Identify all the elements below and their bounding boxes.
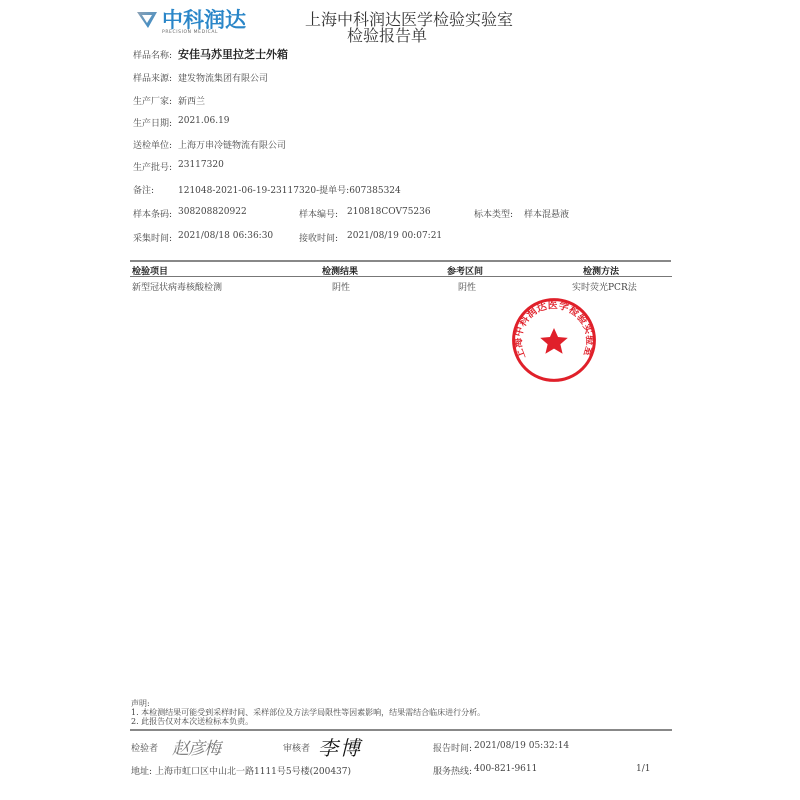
table-top-rule: [130, 260, 671, 262]
page-number: 1/1: [636, 764, 650, 774]
logo-english-text: PRECISION MEDICAL: [162, 30, 218, 35]
manufacturer-label: 生产厂家:: [133, 94, 172, 107]
batch-no-label: 生产批号:: [133, 160, 172, 173]
shield-chevron-icon: [136, 8, 158, 30]
footer-top-rule: [130, 729, 672, 731]
hotline-label: 服务热线:: [433, 764, 472, 777]
manufacturer-value: 新西兰: [178, 94, 205, 107]
company-logo: 中科润达 PRECISION MEDICAL: [136, 6, 256, 40]
report-time-value: 2021/08/19 05:32:14: [474, 741, 569, 751]
collection-time-label: 采集时间:: [133, 231, 172, 244]
reviewer-signature: 李博: [318, 732, 362, 761]
address-value: 上海市虹口区中山北一路1111号5号楼(200437): [155, 764, 351, 777]
barcode-label: 样本条码:: [133, 207, 172, 220]
sample-no-value: 210818COV75236: [347, 207, 431, 217]
receive-time-label: 接收时间:: [299, 231, 338, 244]
report-title: 检验报告单: [347, 23, 427, 46]
sample-source-label: 样品来源:: [133, 71, 172, 84]
star-icon: [540, 328, 568, 354]
inspector-label: 检验者: [131, 741, 158, 754]
report-time-label: 报告时间:: [433, 741, 472, 754]
sample-source-value: 建发物流集团有限公司: [178, 71, 268, 84]
remarks-value: 121048-2021-06-19-23117320-提单号:607385324: [178, 183, 401, 196]
collection-time-value: 2021/08/18 06:36:30: [178, 231, 273, 241]
reviewer-label: 审核者: [283, 741, 310, 754]
submitting-unit-value: 上海万串冷链物流有限公司: [178, 138, 286, 151]
hotline-value: 400-821-9611: [474, 764, 537, 774]
barcode-value: 308208820922: [178, 207, 247, 217]
method-cell: 实时荧光PCR法: [572, 280, 637, 293]
reference-cell: 阴性: [458, 280, 476, 293]
table-header-rule: [130, 276, 672, 277]
sample-type-label: 标本类型:: [474, 207, 513, 220]
statement-line-2: 2. 此报告仅对本次送检标本负责。: [131, 716, 253, 727]
production-date-value: 2021.06.19: [178, 116, 230, 126]
batch-no-value: 23117320: [178, 160, 224, 170]
sample-name-value: 安佳马苏里拉芝士外箱: [178, 46, 288, 62]
inspector-signature: 赵彦梅: [172, 734, 220, 759]
receive-time-value: 2021/08/19 00:07:21: [347, 231, 442, 241]
production-date-label: 生产日期:: [133, 116, 172, 129]
test-item-cell: 新型冠状病毒核酸检测: [132, 280, 222, 293]
sample-no-label: 样本编号:: [299, 207, 338, 220]
result-cell: 阴性: [332, 280, 350, 293]
submitting-unit-label: 送检单位:: [133, 138, 172, 151]
remarks-label: 备注:: [133, 183, 154, 196]
sample-name-label: 样品名称:: [133, 48, 172, 61]
official-seal: 上海中科润达医学检验实验室: [511, 297, 597, 383]
sample-type-value: 样本混悬液: [524, 207, 569, 220]
address-label: 地址:: [131, 764, 152, 777]
